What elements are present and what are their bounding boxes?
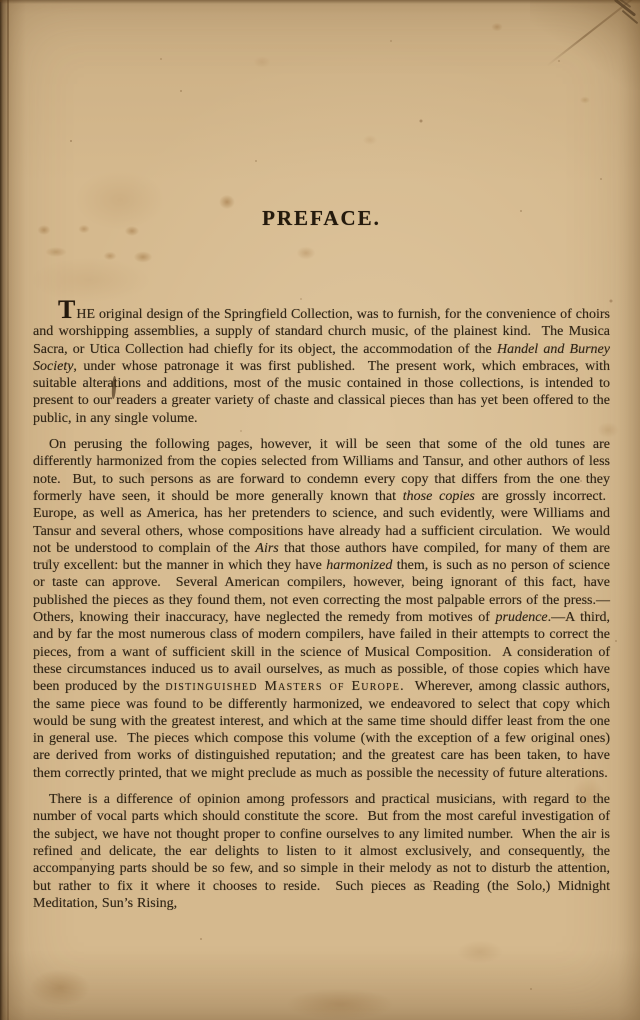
preface-text: THE original design of the Springfield C… <box>33 306 610 912</box>
paper-speckles <box>0 0 2 2</box>
corner-fold-shadow <box>530 0 640 90</box>
paragraph-vocal-parts: There is a difference of opinion among p… <box>33 791 610 912</box>
text-segment: There is a difference of opinion among p… <box>33 792 610 911</box>
drop-cap-initial: T <box>58 295 76 324</box>
binding-thread-mark <box>614 0 636 17</box>
binding-thread-mark <box>619 0 632 8</box>
smallcaps-segment: distinguished Masters of Europe <box>165 679 400 694</box>
text-segment: . Wherever, among classic authors, the s… <box>33 679 610 780</box>
italic-segment: those copies <box>403 489 475 504</box>
text-segment: , under whose patronage it was first pub… <box>33 359 610 426</box>
italic-segment: harmonized <box>326 558 392 573</box>
page-title: PREFACE. <box>33 206 610 231</box>
binding-thread-mark <box>622 10 639 24</box>
italic-segment: Airs <box>255 541 278 556</box>
paragraph-harmonization: On perusing the following pages, however… <box>33 436 610 782</box>
book-page-scan: PREFACE. THE original design of the Spri… <box>0 0 640 1020</box>
italic-segment: prudence <box>496 610 548 625</box>
gutter-crease <box>7 0 9 1020</box>
corner-fold-crease <box>546 0 640 67</box>
paragraph-opening: THE original design of the Springfield C… <box>33 306 610 427</box>
